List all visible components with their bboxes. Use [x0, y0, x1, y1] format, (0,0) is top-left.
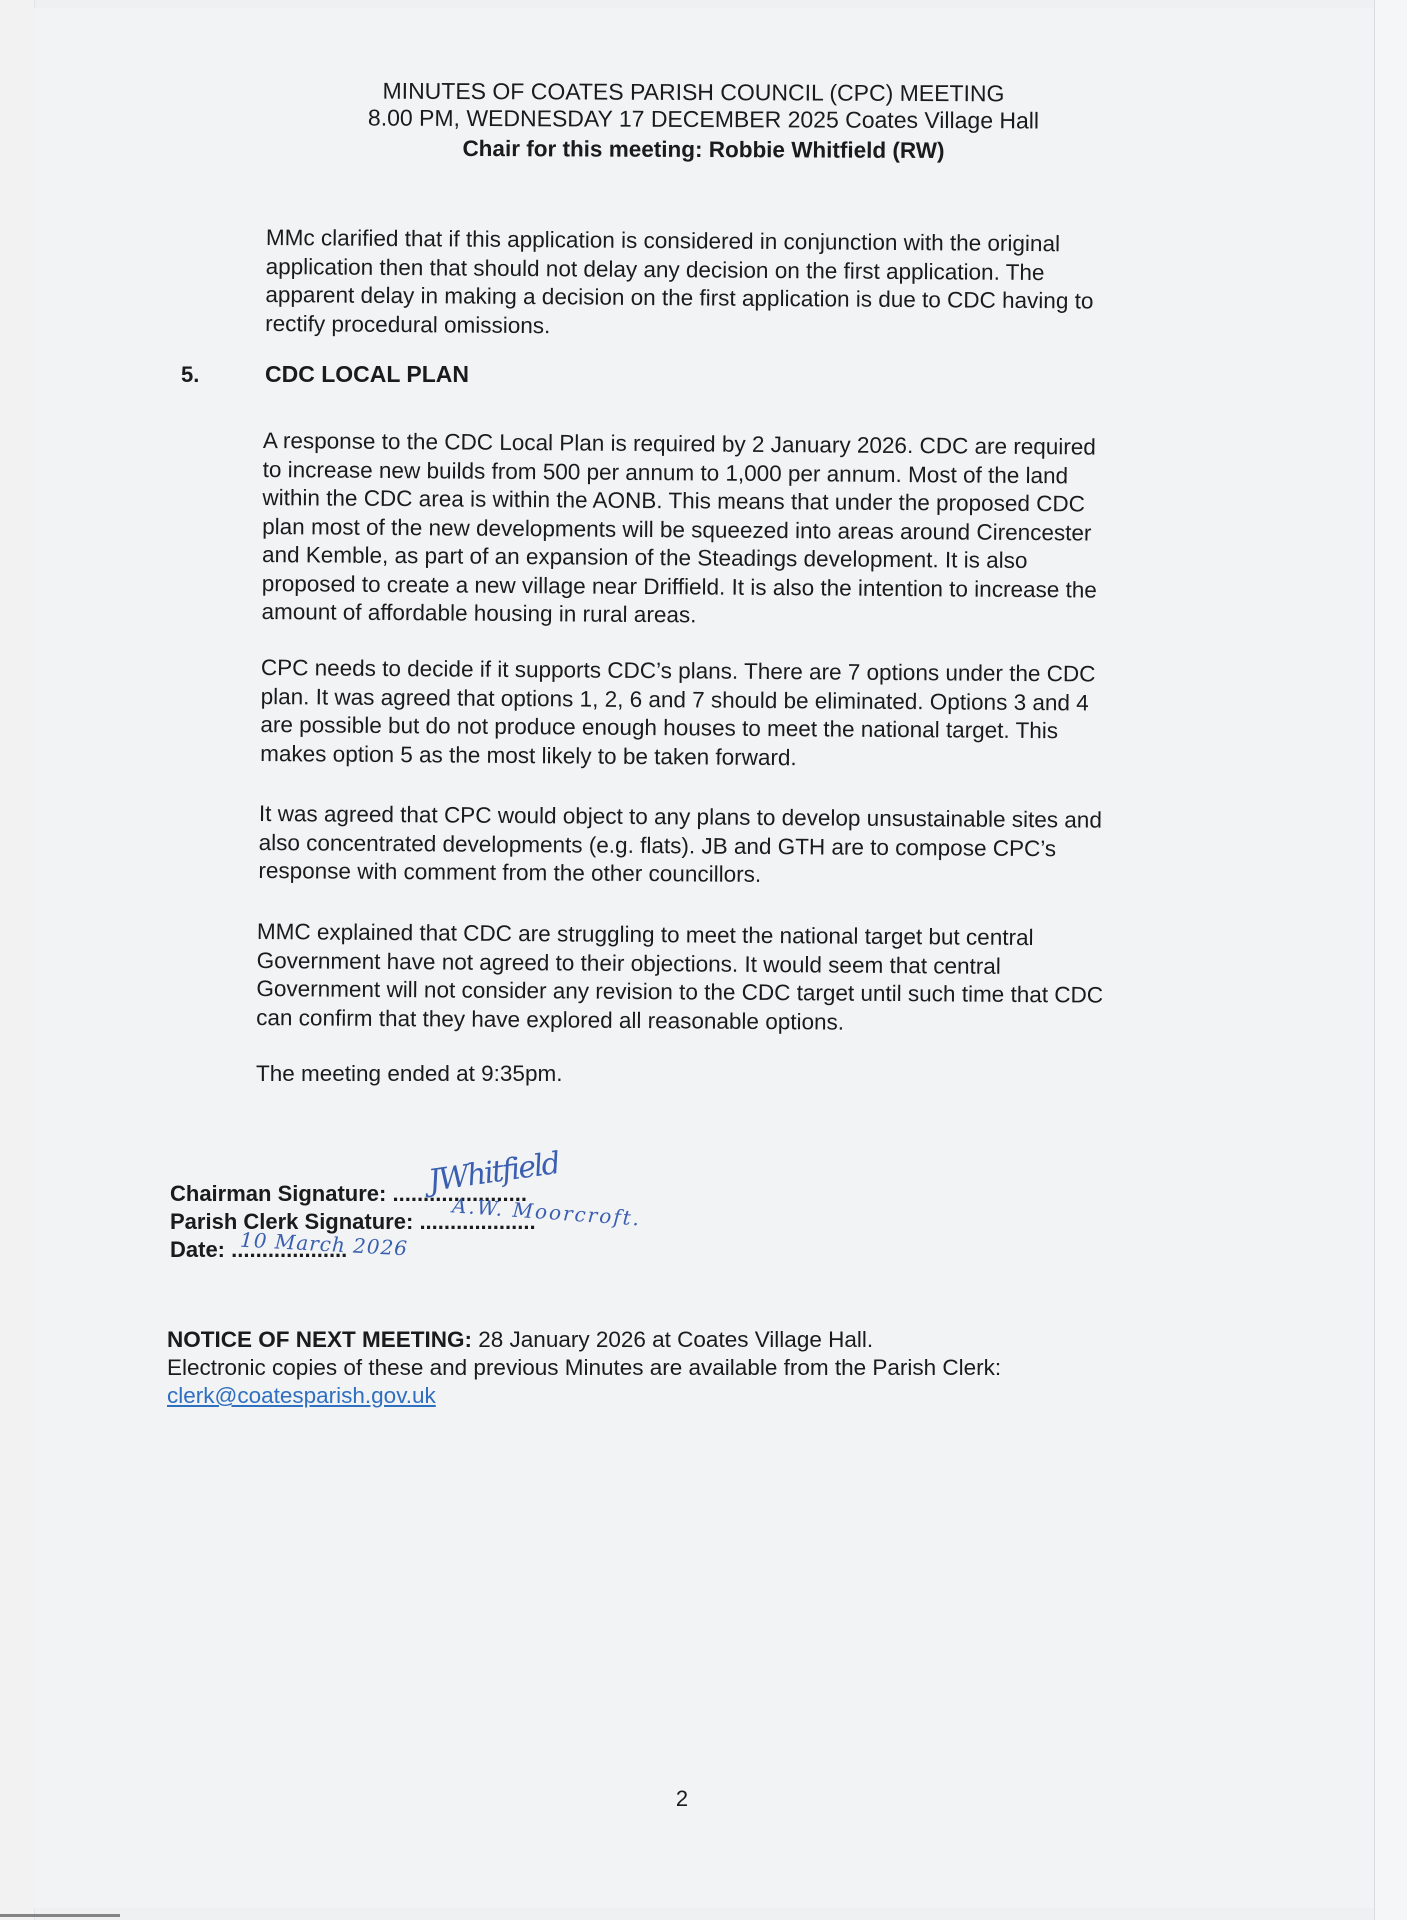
chairman-signature-label: Chairman Signature:: [170, 1181, 386, 1206]
meeting-end-time: The meeting ended at 9:35pm.: [256, 1060, 1216, 1089]
scan-left-edge: [0, 0, 35, 1920]
scan-right-edge: [1374, 0, 1407, 1920]
section-number: 5.: [181, 362, 199, 388]
continued-paragraph: MMc clarified that if this application i…: [265, 224, 1226, 346]
clerk-email-link[interactable]: clerk@coatesparish.gov.uk: [167, 1382, 436, 1410]
copies-availability: Electronic copies of these and previous …: [167, 1354, 1001, 1382]
section-paragraph: It was agreed that CPC would object to a…: [258, 800, 1219, 893]
date-label: Date:: [170, 1237, 225, 1262]
page-number: 2: [0, 1786, 1364, 1812]
notice-text: 28 January 2026 at Coates Village Hall.: [472, 1327, 873, 1352]
notice-label: NOTICE OF NEXT MEETING:: [167, 1327, 472, 1352]
next-meeting-notice: NOTICE OF NEXT MEETING: 28 January 2026 …: [167, 1326, 873, 1354]
section-paragraph: A response to the CDC Local Plan is requ…: [261, 427, 1223, 634]
scan-shadow: [0, 1914, 120, 1917]
section-paragraph: MMC explained that CDC are struggling to…: [256, 918, 1217, 1040]
section-heading: CDC LOCAL PLAN: [265, 361, 469, 388]
section-paragraph: CPC needs to decide if it supports CDC’s…: [260, 654, 1221, 776]
